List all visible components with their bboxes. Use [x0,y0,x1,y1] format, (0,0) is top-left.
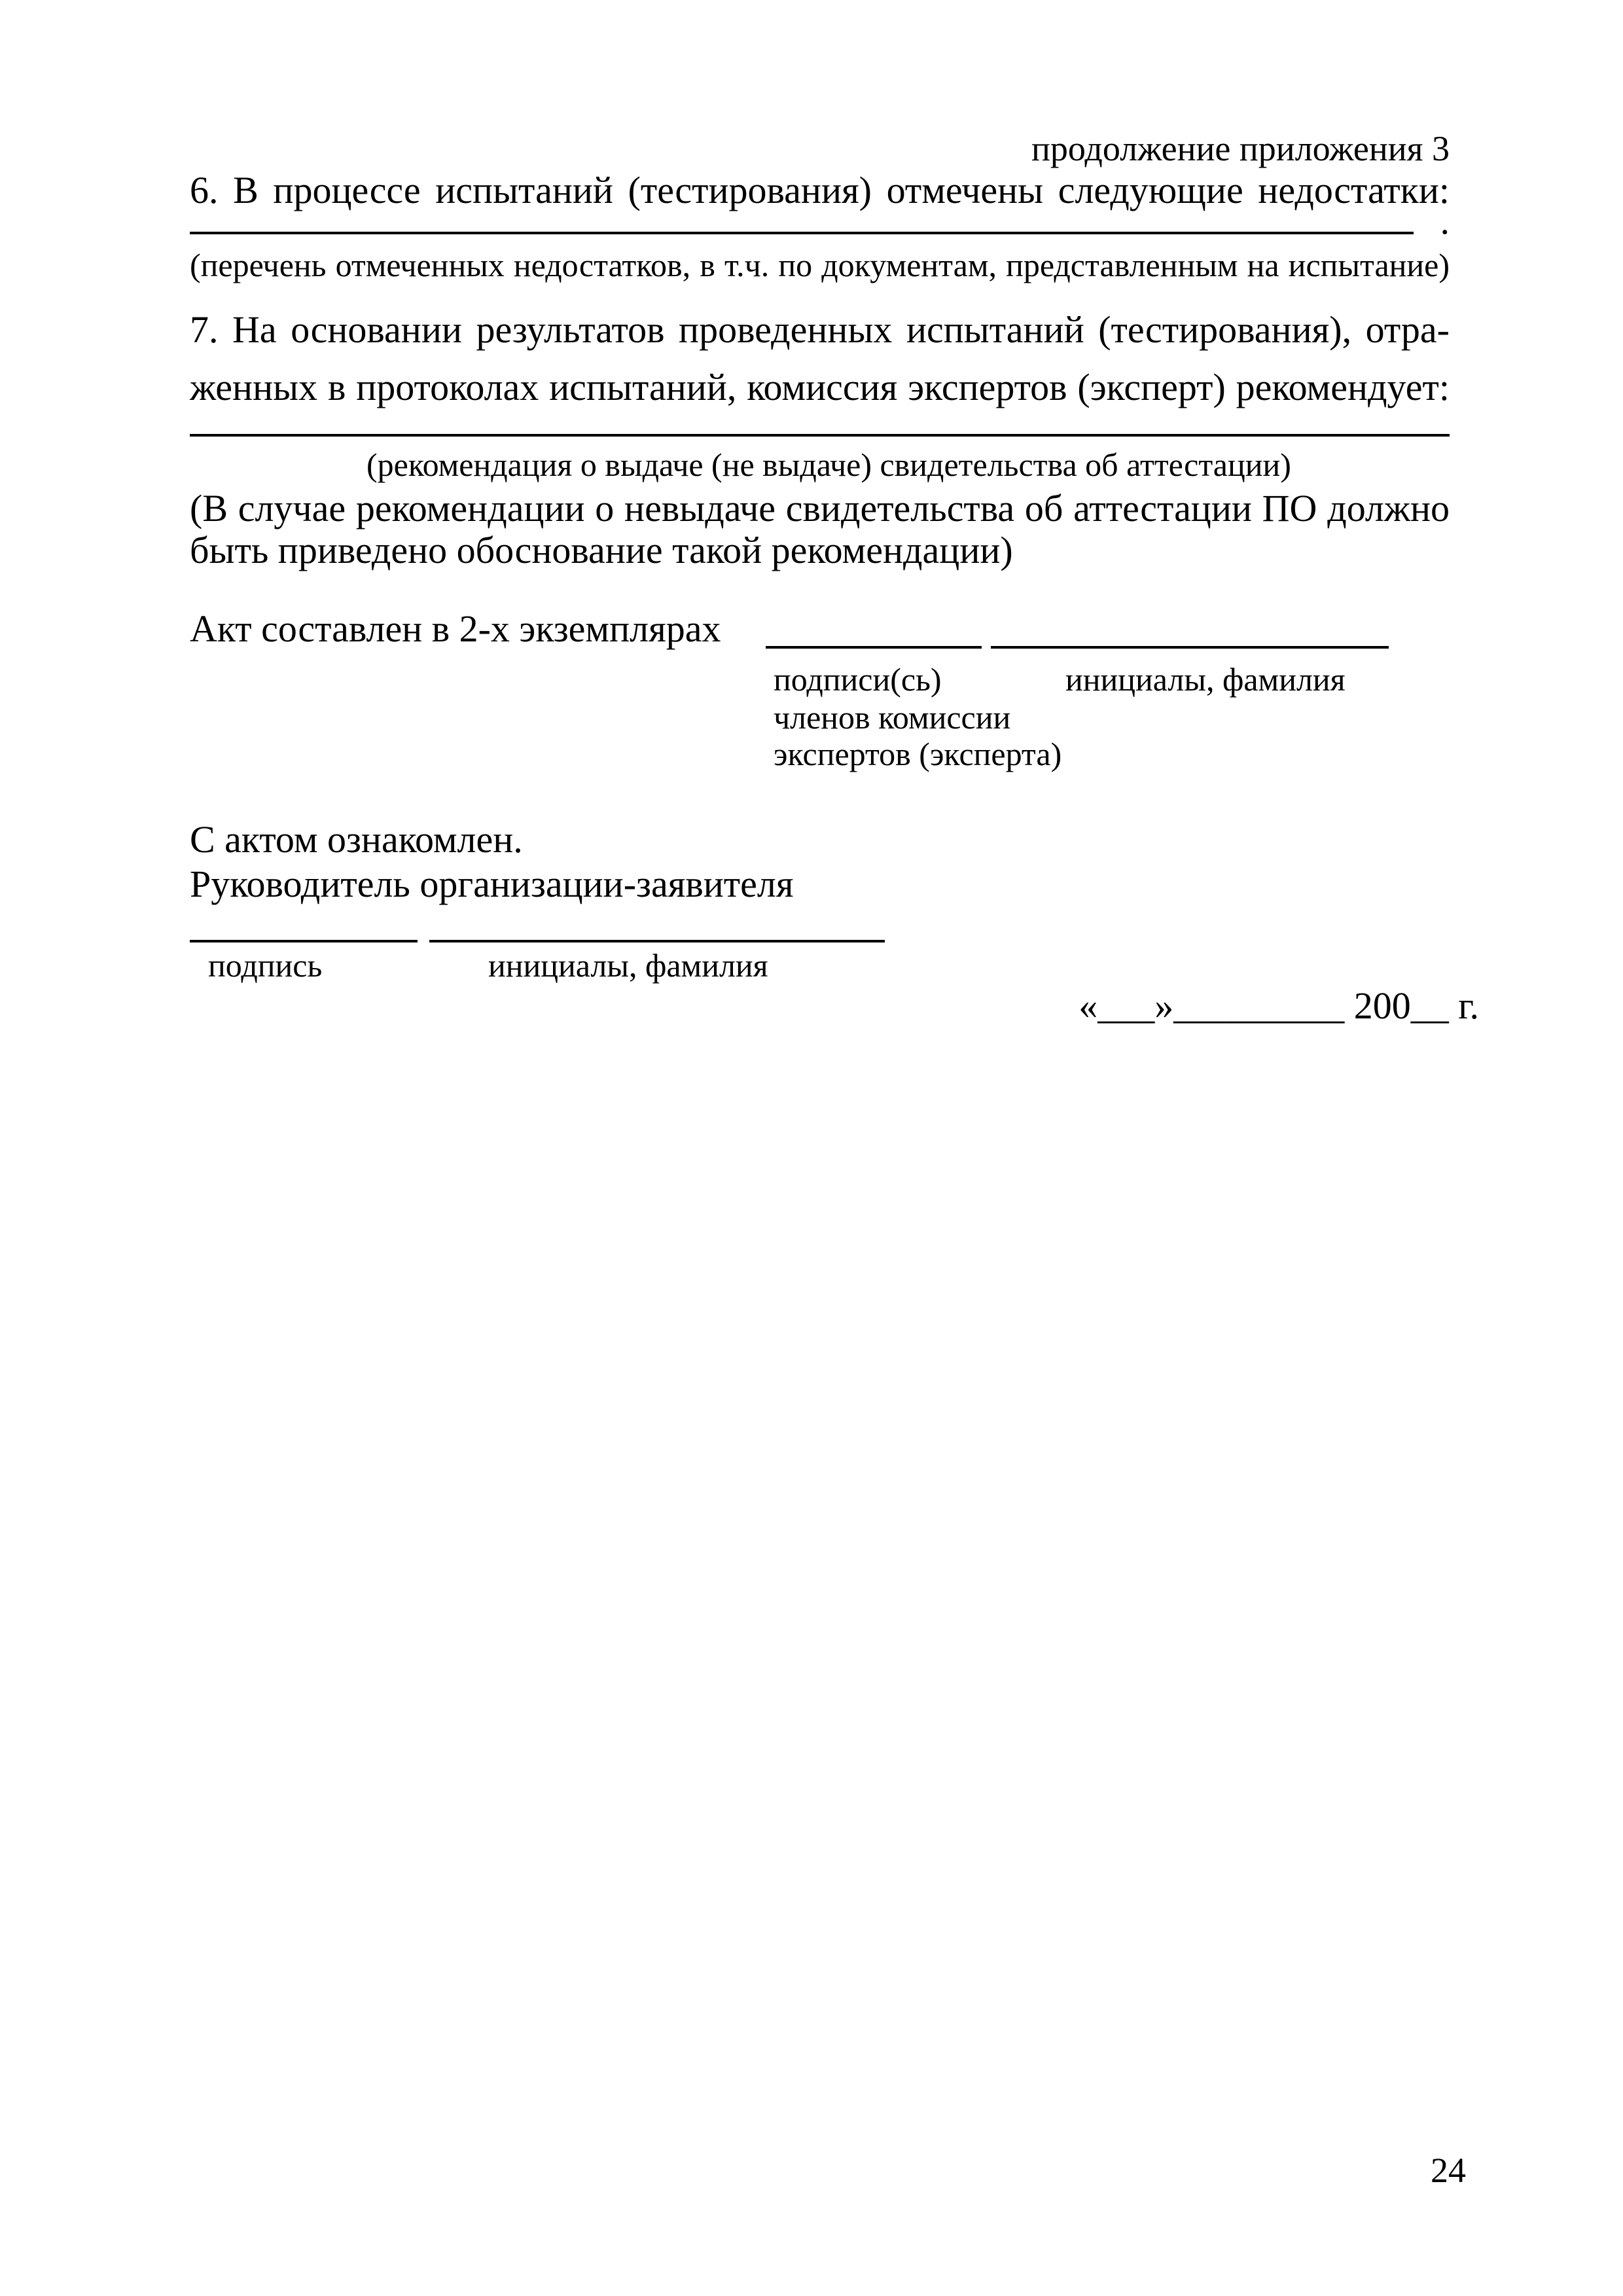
section7-blank-field-line [190,416,1450,437]
page-number: 24 [1431,2152,1466,2189]
section7-paragraph: 7. На основании результатов проведенных … [190,301,1450,416]
section7-note-line1: (В случае рекомендации о невыдаче свидет… [190,488,1450,529]
commission-signature-lines [766,604,1389,646]
commission-signature-block: подписи(сь) инициалы, фамилия членов ком… [766,604,1389,772]
acquaintance-line1: С актом ознакомлен. [190,817,1450,862]
appendix-continuation-note: продолжение приложения 3 [190,131,1450,166]
head-signature-lines [190,912,1450,940]
head-initials-line [429,912,885,942]
section6-blank-field-period: . [1414,208,1450,234]
section7-note: (В случае рекомендации о невыдаче свидет… [190,488,1450,571]
section7-paragraph-line2: женных в протоколах испытаний, комиссия … [190,359,1450,416]
head-signature-line [190,912,418,942]
document-page: продолжение приложения 3 6. В процессе и… [0,0,1623,2296]
commission-signatures-label: подписи(сь) [774,662,942,697]
commission-signature-labels: подписи(сь) инициалы, фамилия [766,662,1389,698]
commission-members-label-line2: экспертов (эксперта) [774,736,1389,772]
date-field: «___»_________ 200__ г. [190,986,1479,1026]
act-copies-text: Акт составлен в 2-х экземплярах [190,604,721,654]
section6-field-caption: (перечень отмеченных недостатков, в т.ч.… [190,247,1450,283]
commission-signature-line [766,604,982,649]
head-initials-label: инициалы, фамилия [488,948,768,983]
section6-blank-field-line [190,208,1414,234]
commission-members-label-line1: членов комиссии [774,700,1389,735]
section6-heading: 6. В процессе испытаний (тестирования) о… [190,170,1450,211]
commission-initials-line [991,604,1389,649]
section7-note-line2: быть приведено обоснование такой рекомен… [190,529,1450,571]
acquaintance-block: С актом ознакомлен. Руководитель организ… [190,817,1450,906]
head-signature-labels: подпись инициалы, фамилия [190,948,1450,983]
acquaintance-line2: Руководитель организации-заявителя [190,862,1450,906]
head-signature-label: подпись [208,948,322,983]
page-content: продолжение приложения 3 6. В процессе и… [190,0,1450,1026]
section7-field-caption: (рекомендация о выдаче (не выдаче) свиде… [366,447,1450,482]
section7-paragraph-line1: 7. На основании результатов проведенных … [190,301,1450,359]
section6-blank-field: . [190,211,1450,234]
commission-initials-label: инициалы, фамилия [1065,662,1346,697]
act-copies-block: Акт составлен в 2-х экземплярах подписи(… [190,604,1450,768]
